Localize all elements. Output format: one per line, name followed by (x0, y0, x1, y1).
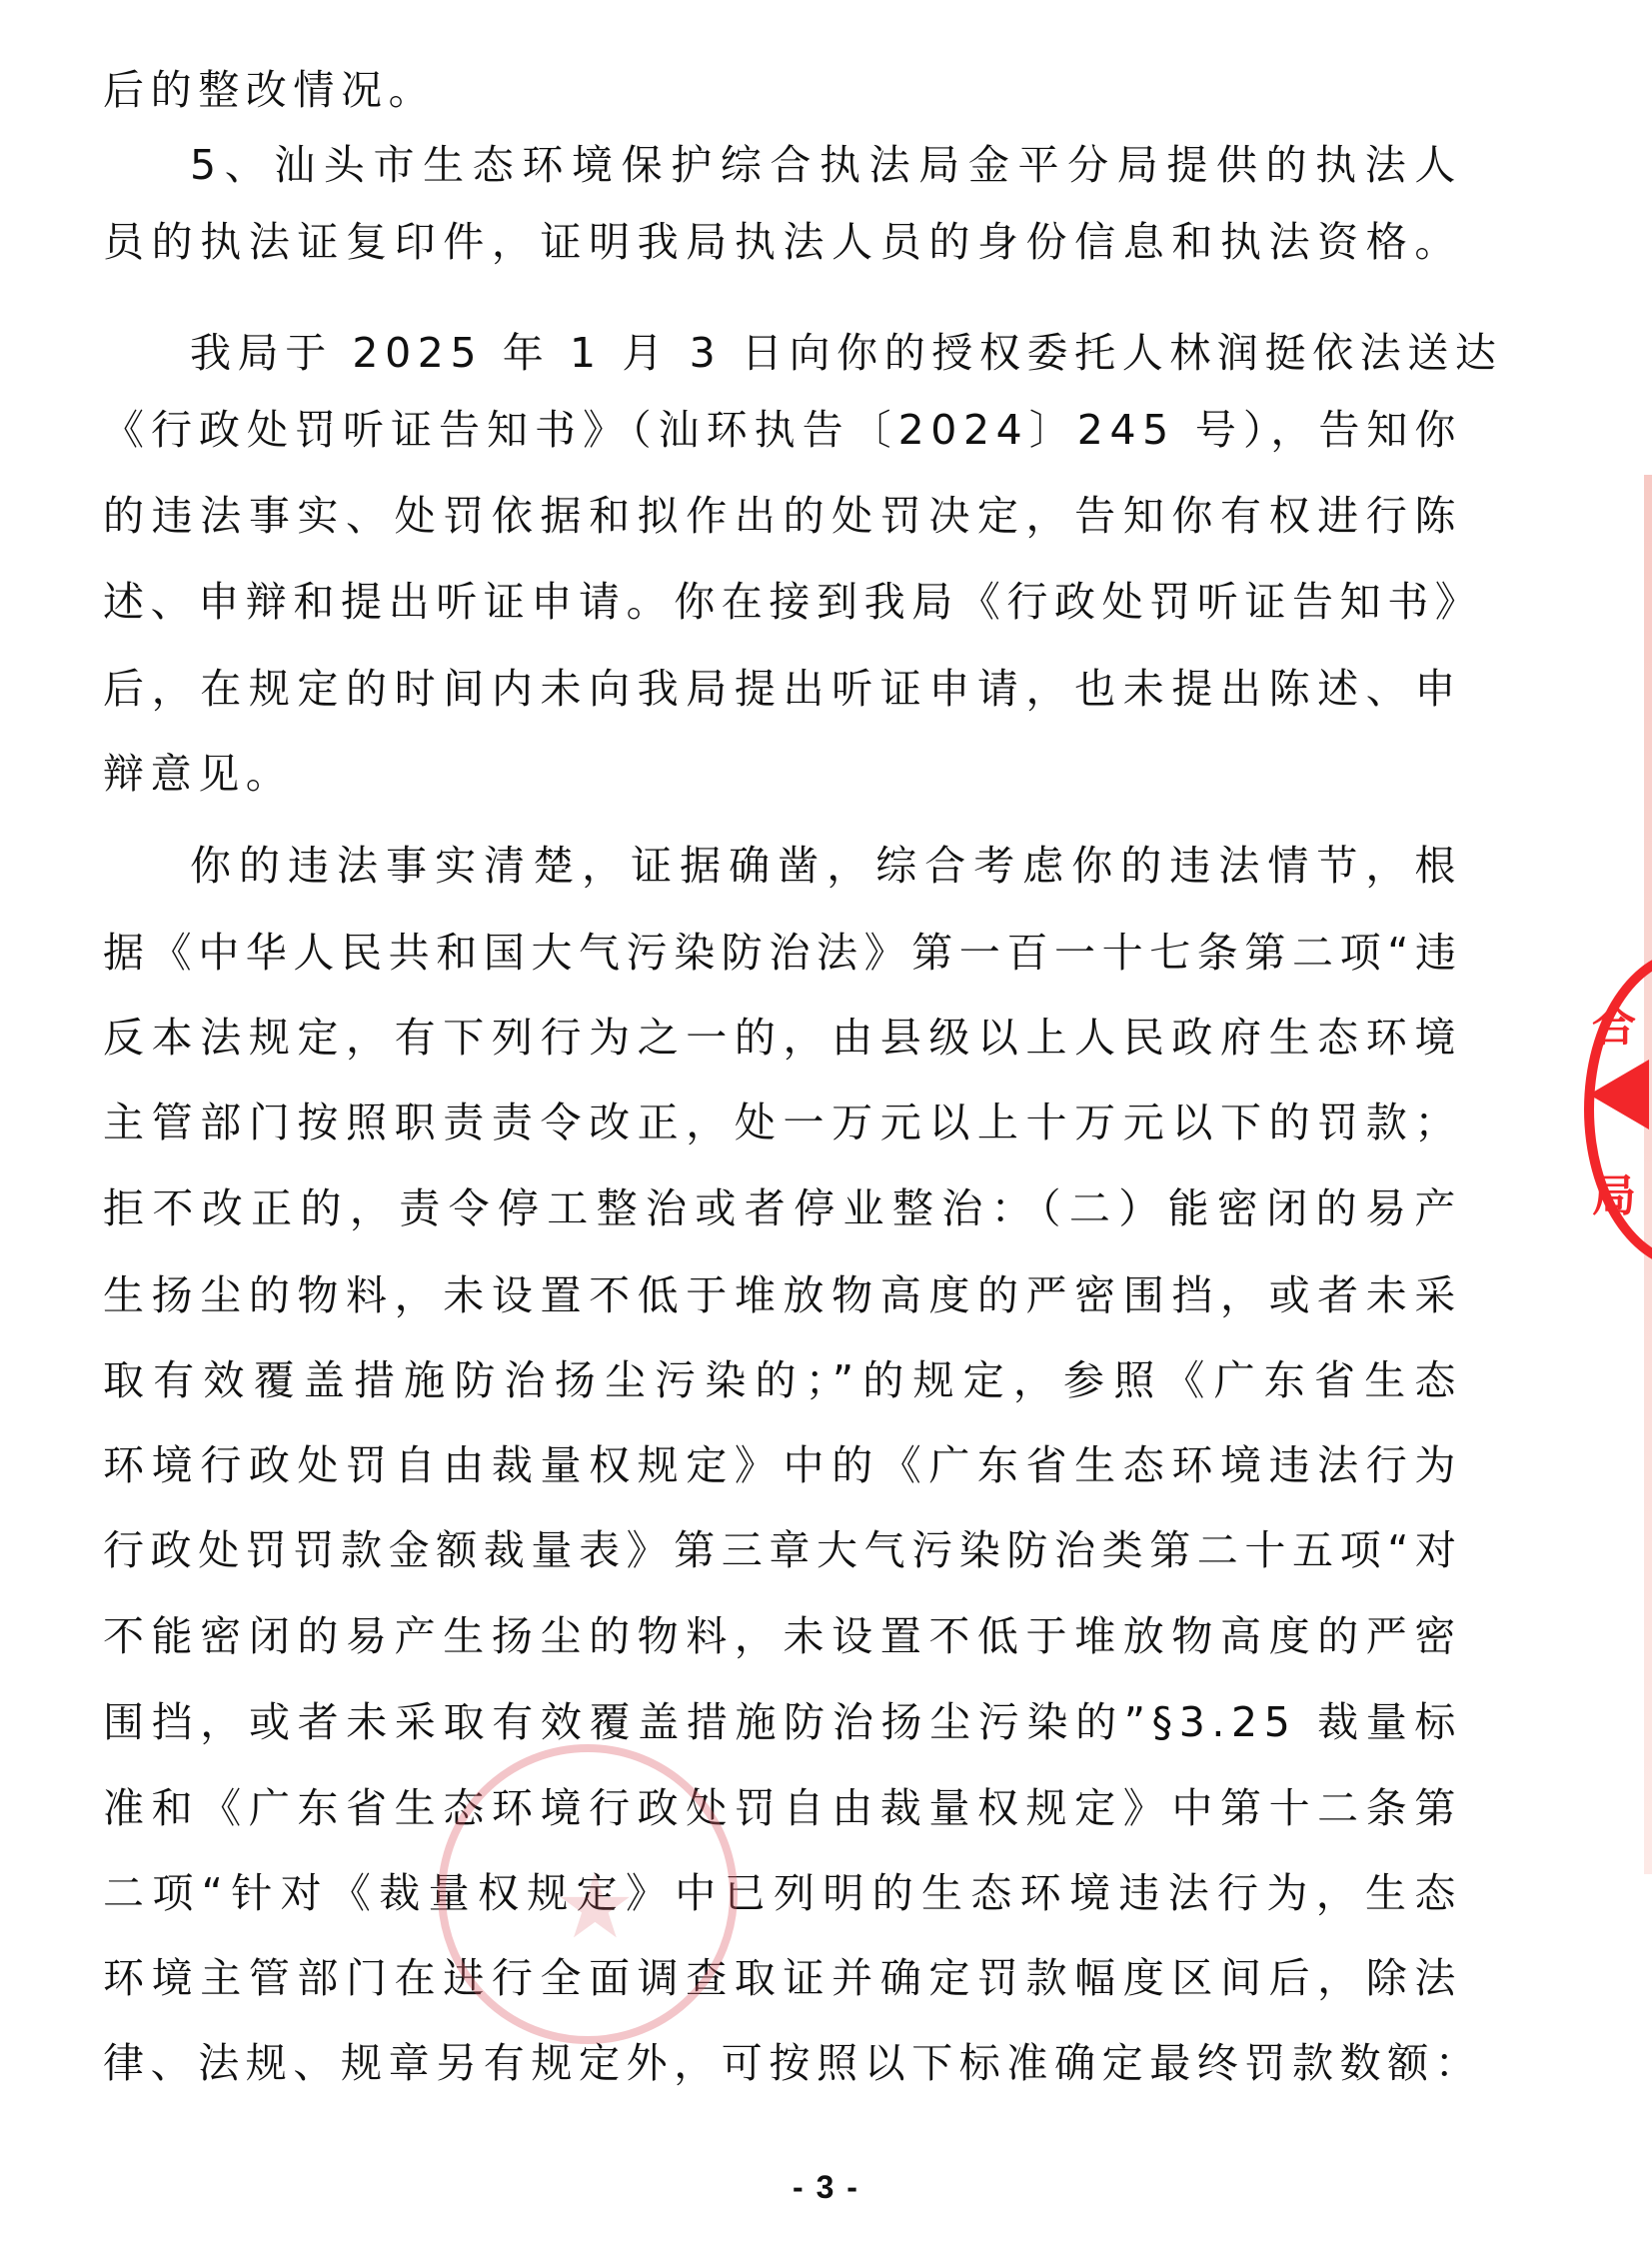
text-line: 准和《广东省生态环境行政处罚自由裁量权规定》中第十二条第 (103, 1780, 1462, 1836)
text-line: 环境主管部门在进行全面调查取证并确定罚款幅度区间后，除法 (103, 1950, 1462, 2006)
text-line: 5、汕头市生态环境保护综合执法局金平分局提供的执法人 (190, 137, 1462, 193)
text-line: 后的整改情况。 (103, 62, 1462, 118)
text-line: 你的违法事实清楚，证据确凿，综合考虑你的违法情节，根 (190, 838, 1462, 894)
text-line: 环境行政处罚自由裁量权规定》中的《广东省生态环境违法行为 (103, 1437, 1462, 1493)
text-line: 拒不改正的，责令停工整治或者停业整治：（二）能密闭的易产 (103, 1180, 1462, 1236)
text-line: 律、法规、规章另有规定外，可按照以下标准确定最终罚款数额： (103, 2035, 1462, 2091)
seal-star-icon (1589, 1060, 1649, 1129)
seal-star-icon: ★ (555, 1854, 636, 1959)
text-line: 《行政处罚听证告知书》（汕环执告〔2024〕245 号），告知你 (103, 402, 1462, 458)
text-line: 后，在规定的时间内未向我局提出听证申请，也未提出陈述、申 (103, 661, 1462, 717)
text-line: 的违法事实、处罚依据和拟作出的处罚决定，告知你有权进行陈 (103, 488, 1462, 544)
text-line: 不能密闭的易产生扬尘的物料，未设置不低于堆放物高度的严密 (103, 1608, 1462, 1664)
text-line: 生扬尘的物料，未设置不低于堆放物高度的严密围挡，或者未采 (103, 1267, 1462, 1323)
text-line: 围挡，或者未采取有效覆盖措施防治扬尘污染的”§3.25 裁量标 (103, 1694, 1462, 1750)
text-line: 辩意见。 (103, 746, 1462, 802)
text-line: 行政处罚罚款金额裁量表》第三章大气污染防治类第二十五项“对 (103, 1522, 1462, 1578)
text-line: 员的执法证复印件，证明我局执法人员的身份信息和执法资格。 (103, 214, 1462, 270)
text-line: 二项“针对《裁量权规定》中已列明的生态环境违法行为，生态 (103, 1865, 1462, 1921)
seal-glyph: 局 (1592, 1159, 1636, 1223)
text-line: 取有效覆盖措施防治扬尘污染的；”的规定，参照《广东省生态 (103, 1352, 1462, 1408)
text-line: 反本法规定，有下列行为之一的，由县级以上人民政府生态环境 (103, 1010, 1462, 1066)
document-page: 后的整改情况。 5、汕头市生态环境保护综合执法局金平分局提供的执法人 员的执法证… (0, 0, 1652, 2257)
text-line: 主管部门按照职责责令改正，处一万元以上十万元以下的罚款； (103, 1095, 1462, 1150)
text-line: 据《中华人民共和国大气污染防治法》第一百一十七条第二项“违 (103, 925, 1462, 981)
page-number: - 3 - (0, 2169, 1652, 2206)
text-line: 述、申辩和提出听证申请。你在接到我局《行政处罚听证告知书》 (103, 574, 1462, 630)
text-line: 我局于 2025 年 1 月 3 日向你的授权委托人林润挺依法送达 (190, 325, 1462, 381)
seal-glyph: 合 (1592, 990, 1636, 1054)
